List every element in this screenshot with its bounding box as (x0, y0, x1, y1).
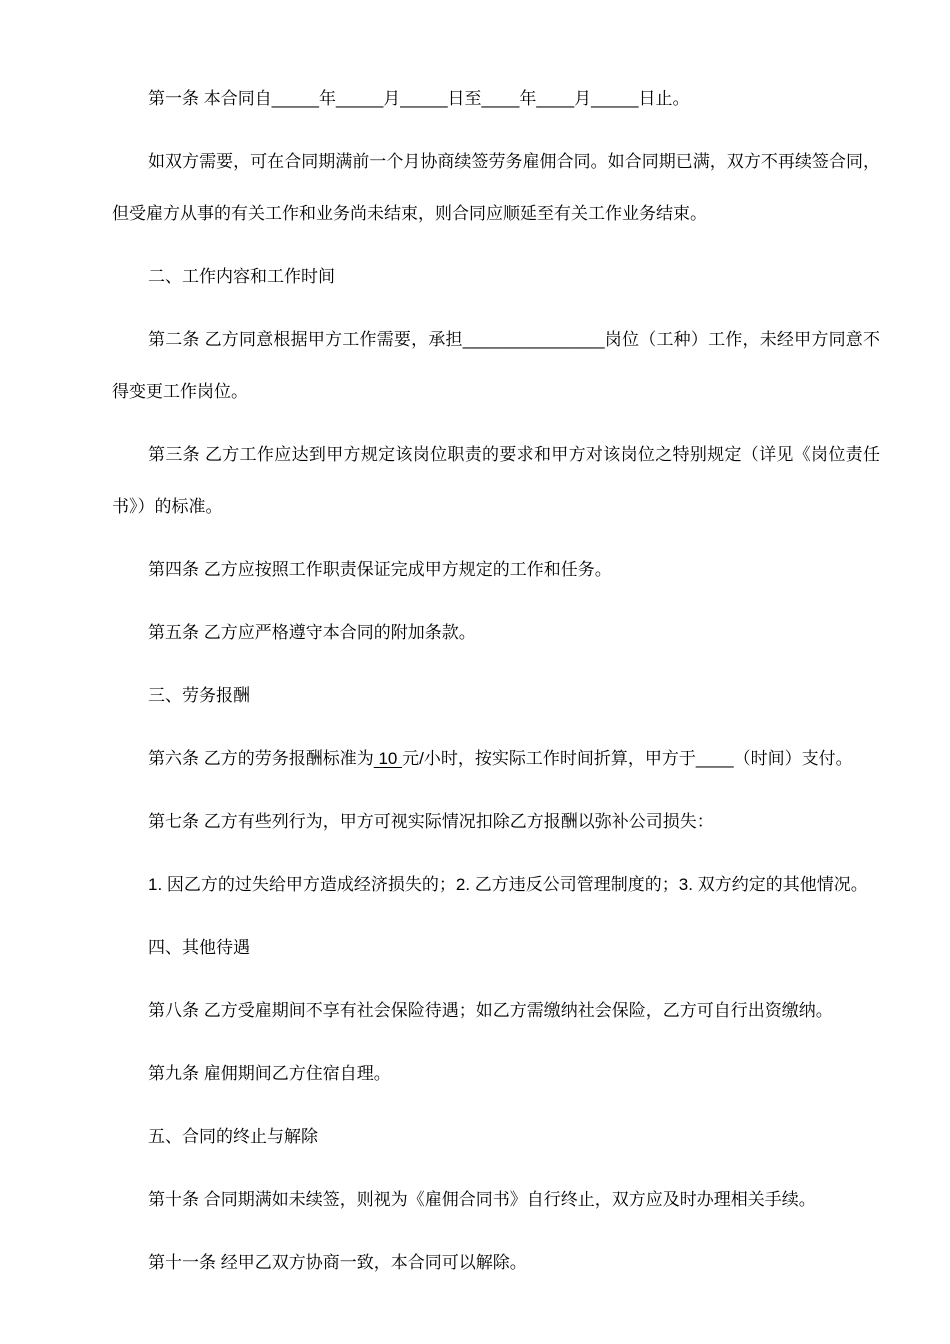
clause-article-6: 第六条 乙方的劳务报酬标准为 10 元/小时，按实际工作时间折算，甲方于____… (112, 733, 880, 785)
clause-article-6-rate-value: 10 (374, 749, 402, 768)
clause-article-5: 第五条 乙方应严格遵守本合同的附加条款。 (112, 607, 880, 659)
clause-article-3: 第三条 乙方工作应达到甲方规定该岗位职责的要求和甲方对该岗位之特别规定（详见《岗… (112, 429, 880, 533)
clause-article-10: 第十条 合同期满如未续签，则视为《雇佣合同书》自行终止，双方应及时办理相关手续。 (112, 1174, 880, 1226)
clause-article-1: 第一条 本合同自_____年_____月_____日至____年____月___… (112, 73, 880, 125)
paragraph-renewal-terms: 如双方需要，可在合同期满前一个月协商续签劳务雇佣合同。如合同期已满，双方不再续签… (112, 136, 880, 240)
section-heading-2-work-content: 二、工作内容和工作时间 (112, 251, 880, 303)
contract-document-page: 第一条 本合同自_____年_____月_____日至____年____月___… (0, 0, 950, 1344)
list-deduction-cases: 1. 因乙方的过失给甲方造成经济损失的；2. 乙方违反公司管理制度的；3. 双方… (112, 859, 880, 911)
clause-article-6-suffix: 元/小时，按实际工作时间折算，甲方于____（时间）支付。 (402, 749, 853, 768)
section-heading-4-other-benefits: 四、其他待遇 (112, 922, 880, 974)
clause-article-7: 第七条 乙方有些列行为，甲方可视实际情况扣除乙方报酬以弥补公司损失： (112, 796, 880, 848)
clause-article-11: 第十一条 经甲乙双方协商一致，本合同可以解除。 (112, 1237, 880, 1289)
clause-article-8: 第八条 乙方受雇期间不享有社会保险待遇；如乙方需缴纳社会保险，乙方可自行出资缴纳… (112, 985, 880, 1037)
clause-article-2: 第二条 乙方同意根据甲方工作需要，承担_______________岗位（工种）… (112, 314, 880, 418)
section-heading-3-remuneration: 三、劳务报酬 (112, 670, 880, 722)
section-heading-5-termination: 五、合同的终止与解除 (112, 1111, 880, 1163)
clause-article-4: 第四条 乙方应按照工作职责保证完成甲方规定的工作和任务。 (112, 544, 880, 596)
clause-article-6-prefix: 第六条 乙方的劳务报酬标准为 (148, 749, 374, 768)
clause-article-9: 第九条 雇佣期间乙方住宿自理。 (112, 1048, 880, 1100)
